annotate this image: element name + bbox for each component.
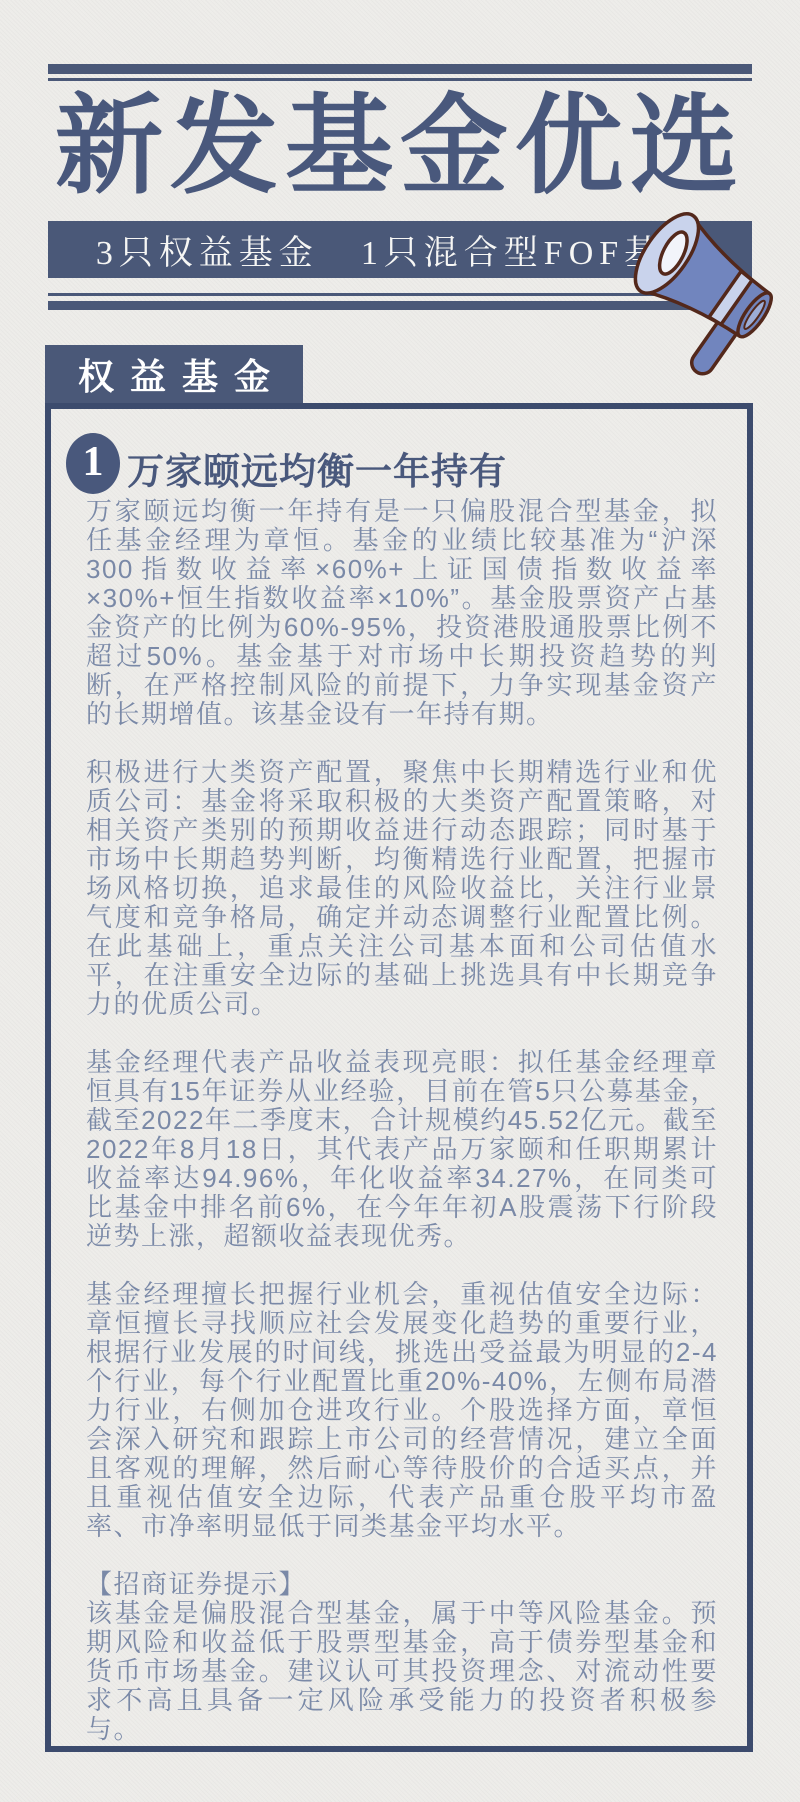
subtitle-banner: 3只权益基金1只混合型FOF基金 (48, 221, 752, 278)
fund-paragraph-allocation: 积极进行大类资产配置，聚焦中长期精选行业和优质公司：基金将采取积极的大类资产配置… (86, 758, 718, 1019)
broker-notice-body: 该基金是偏股混合型基金，属于中等风险基金。预期风险和收益低于股票型基金，高于债券… (86, 1598, 718, 1744)
banner-left-text: 3只权益基金 (96, 225, 319, 274)
top-thick-rule (48, 64, 752, 74)
fund-description: 万家颐远均衡一年持有是一只偏股混合型基金，拟任基金经理为章恒。基金的业绩比较基准… (86, 497, 718, 1773)
fund-paragraph-manager-performance: 基金经理代表产品收益表现亮眼：拟任基金经理章恒具有15年证券从业经验，目前在管5… (86, 1048, 718, 1251)
top-thin-rule (48, 78, 752, 81)
page-title: 新发基金优选 (0, 84, 800, 216)
section-tab-equity-funds: 权益基金 (45, 345, 303, 403)
bottom-thin-rule (48, 293, 752, 296)
fund-number-badge: 1 (66, 433, 120, 494)
fund-paragraph-overview: 万家颐远均衡一年持有是一只偏股混合型基金，拟任基金经理为章恒。基金的业绩比较基准… (86, 497, 718, 729)
fund-detail-card: 1 万家颐远均衡一年持有 万家颐远均衡一年持有是一只偏股混合型基金，拟任基金经理… (45, 403, 753, 1752)
fund-name-title: 万家颐远均衡一年持有 (127, 441, 507, 495)
broker-notice: 【招商证券提示】该基金是偏股混合型基金，属于中等风险基金。预期风险和收益低于股票… (86, 1570, 718, 1744)
bottom-thick-rule (48, 301, 752, 310)
banner-right-text: 1只混合型FOF基金 (361, 225, 704, 274)
poster-page: 新发基金优选 3只权益基金1只混合型FOF基金 (0, 0, 800, 1802)
broker-notice-title: 【招商证券提示】 (86, 1570, 718, 1599)
fund-paragraph-manager-style: 基金经理擅长把握行业机会，重视估值安全边际：章恒擅长寻找顺应社会发展变化趋势的重… (86, 1280, 718, 1541)
